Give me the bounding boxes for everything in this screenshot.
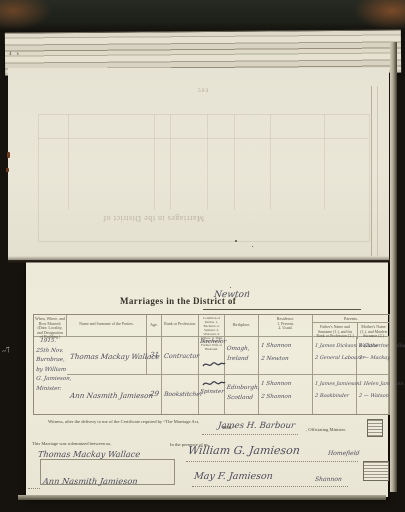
cell-groom-rank: Contractor <box>162 337 199 375</box>
groom-condition: Bachelor <box>200 339 227 345</box>
show-through-rule <box>170 114 171 210</box>
show-through-title: Marriages in the District of <box>103 214 204 223</box>
cell-bride-condition: Spinster <box>199 375 225 414</box>
cell-bride-father: 1 James Jamieson 2 Bookbinder <box>313 375 357 414</box>
pencil-mark: 4 s <box>9 52 21 57</box>
faint-page-stamp: 503 <box>198 88 209 94</box>
groom-residence: 1 Shannon <box>258 337 313 353</box>
cell-groom-father: 1 James Dickson Wallace 2 General Labour… <box>313 337 357 375</box>
when-line: G. Jamieson, <box>33 375 67 385</box>
fine-print-box <box>367 419 383 437</box>
signature-flourish <box>202 360 226 369</box>
officiating-minister-label: , Officiating Minister. <box>306 427 346 432</box>
when-line: 1915. <box>33 337 67 347</box>
bride-birthplace: Edinburgh, <box>224 375 259 394</box>
when-line: Burnbrae, <box>33 356 67 366</box>
bride-father: 2 Bookbinder <box>312 390 356 402</box>
show-through-rule <box>270 114 271 210</box>
minister-signature: James H. Barbour <box>217 421 295 431</box>
bride-mother: 2 — Watson <box>356 390 388 402</box>
bride-residence: 2 Shannon <box>258 391 313 404</box>
bride-birthplace: Scotland <box>224 394 258 404</box>
header-rank: Rank or Profession. <box>162 315 199 337</box>
when-line: Minister. <box>33 385 67 395</box>
bride-residence: 1 Shannon <box>258 375 313 391</box>
cell-bride-age: 29 <box>147 375 162 414</box>
cell-groom-condition: Bachelor <box>199 337 225 375</box>
margin-annotation: ~7 <box>1 345 12 356</box>
margin-dash <box>28 487 40 489</box>
certificate-statement: Witness, after the delivery to me of the… <box>48 419 228 424</box>
witness1-signature: William G. Jamieson <box>187 444 300 457</box>
district-name: Newton <box>213 290 250 300</box>
header-residence-usual: 2. Usual. <box>278 325 292 330</box>
underlying-page-edge <box>371 86 372 256</box>
ink-speck <box>230 287 231 288</box>
show-through-rule <box>154 114 155 210</box>
cell-bride-mother: 1 Helen Jamieson 2 — Watson <box>357 375 389 414</box>
signature-flourish <box>202 379 226 388</box>
bride-mother: 1 Helen Jamieson <box>356 375 389 390</box>
underlying-page-edge <box>377 86 378 256</box>
show-through-rule <box>234 114 235 210</box>
register-form-page: Marriages in the District of Newton When… <box>26 262 388 497</box>
ink-speck <box>235 240 237 242</box>
bride-condition: Spinster <box>200 389 225 395</box>
cell-bride-name: Ann Nasmith Jamieson <box>67 375 147 414</box>
book-right-edge <box>390 42 397 492</box>
signature-rule <box>202 433 298 435</box>
groom-birthplace: Omagh, <box>224 337 259 355</box>
cell-bride-birthplace: Edinburgh, Scotland <box>225 375 259 414</box>
cell-bride-rank: Bookstitcher <box>162 375 199 414</box>
groom-father: 1 James Dickson Wallace <box>312 337 357 352</box>
district-rule <box>203 309 361 310</box>
groom-residence: 2 Newton <box>258 353 313 366</box>
cell-groom-name: Thomas Mackay Wallace <box>67 337 147 375</box>
marriage-register-table: When, Where, and How Married. (Date, Loc… <box>33 314 390 415</box>
show-through-rule <box>68 114 69 210</box>
witness1-residence: Homefield <box>328 450 360 457</box>
binding-mark <box>7 152 10 158</box>
signature-rule <box>192 485 348 487</box>
cell-groom-birthplace: Omagh, Ireland <box>225 337 259 375</box>
header-residence: Residence. 1. Present. 2. Usual. <box>259 315 313 337</box>
show-through-rule <box>324 114 325 210</box>
bride-rank: Bookstitcher <box>164 391 204 398</box>
register-photo: 4 s 503 Marriages in the District of ~7 … <box>0 0 405 512</box>
groom-rank: Contractor <box>164 352 200 360</box>
header-parents-group: Parents. Father's Name and Surname (1.),… <box>313 315 389 337</box>
bride-father: 1 James Jamieson <box>312 375 357 390</box>
cell-when-married: 1915. 25th Nov. Burnbrae, by William G. … <box>34 337 67 414</box>
groom-mother: 1 Catherine Wallace <box>356 337 389 352</box>
cell-groom-residence: 1 Shannon 2 Newton <box>259 337 313 375</box>
cell-groom-mother: 1 Catherine Wallace 2 — Mackay <box>357 337 389 375</box>
binding-mark <box>6 168 9 172</box>
when-line: 25th Nov. <box>33 347 67 357</box>
groom-father: 2 General Labourer <box>312 352 356 364</box>
header-condition: Condition of Parties. 1. Bachelor or Spi… <box>199 315 225 337</box>
show-through-rule <box>38 138 368 139</box>
header-parents: Parents. <box>313 315 389 323</box>
groom-signature: Thomas Mackay Wallace <box>37 449 140 459</box>
witness2-signature: May F. Jamieson <box>193 471 273 482</box>
fine-print-box <box>363 461 389 481</box>
groom-birthplace: Ireland <box>224 355 258 365</box>
bride-name: Ann Nasmith Jamieson <box>69 391 153 400</box>
groom-mother: 2 — Mackay <box>356 352 388 364</box>
cell-bride-residence: 1 Shannon 2 Shannon <box>259 375 313 414</box>
ink-speck <box>252 246 253 247</box>
header-when: When, Where, and How Married. (Date, Loc… <box>34 315 67 337</box>
header-names: Name and Surname of the Parties. <box>67 315 147 337</box>
bride-age: 29 <box>150 390 160 398</box>
book-top-binding <box>0 0 405 32</box>
cell-groom-age: 31 <box>147 337 162 375</box>
header-age: Age. <box>147 315 162 337</box>
solemnized-label: This Marriage was solemnized between us, <box>32 441 111 446</box>
groom-age: 31 <box>150 351 160 359</box>
header-birthplace: Birthplace. <box>225 315 259 337</box>
upper-page: 503 Marriages in the District of <box>8 68 389 260</box>
witness2-residence: Shannon <box>315 476 343 483</box>
lower-page-edge <box>18 495 386 500</box>
bride-signature: Ann Nasmith Jamieson <box>42 476 138 486</box>
show-through-rule <box>207 114 208 210</box>
when-line: by William <box>33 366 67 376</box>
signature-rule <box>186 460 358 462</box>
